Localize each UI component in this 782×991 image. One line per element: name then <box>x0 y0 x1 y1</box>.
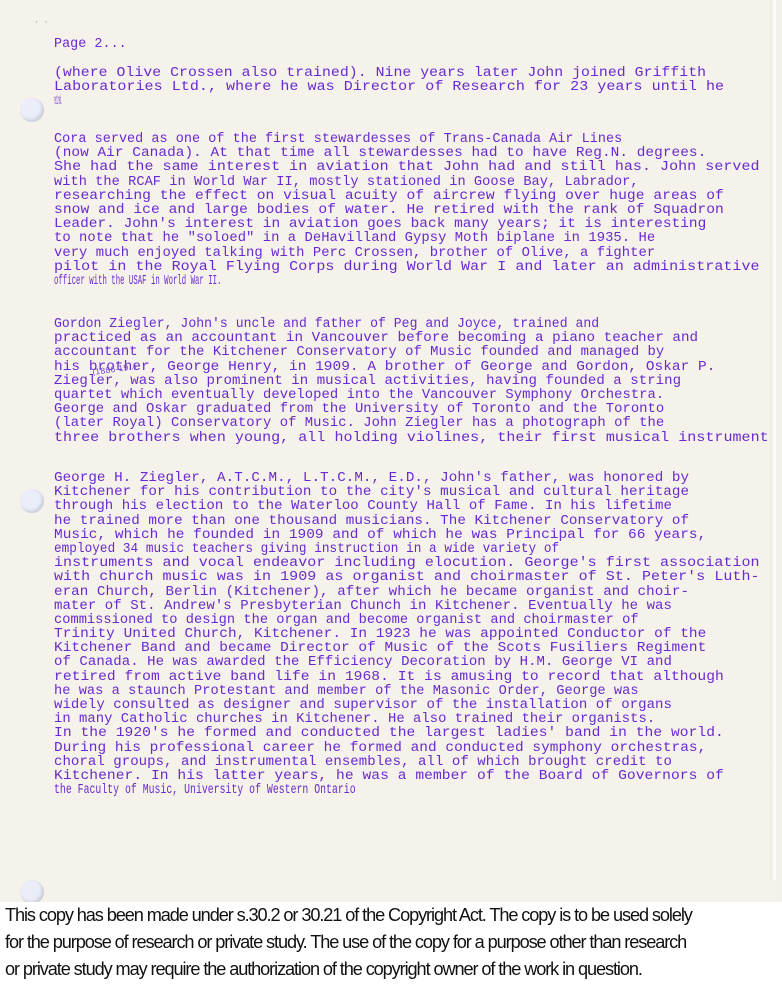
text-line: pilot in the Royal Flying Corps during W… <box>54 261 760 275</box>
paragraph-cora-aviation: Cora served as one of the first stewarde… <box>54 133 685 289</box>
text-line: commissioned to design the organ and bec… <box>54 614 696 628</box>
text-line: researching the effect on visual acuity … <box>54 190 741 204</box>
page-edge <box>770 0 776 880</box>
text-line: In the 1920's he formed and conducted th… <box>54 727 741 741</box>
text-line: She had the same interest in aviation th… <box>54 161 760 175</box>
punch-hole-icon <box>20 880 44 904</box>
text-line: in many Catholic churches in Kitchener. … <box>54 713 705 727</box>
text-line: mater of St. Andrew's Presbyterian Chunc… <box>54 600 714 614</box>
text-line: Kitchener. In his latter years, he was a… <box>54 770 741 784</box>
text-line: During his professional career he formed… <box>54 742 732 756</box>
paragraph-gordon-ziegler: Gordon Ziegler, John's uncle and father … <box>54 318 693 446</box>
text-line: instruments and vocal endeavor including… <box>54 557 760 571</box>
text-line: retired. <box>54 95 126 109</box>
text-line: three brothers when young, all holding v… <box>54 432 769 446</box>
text-line: eran Church, Berlin (Kitchener), after w… <box>54 586 723 600</box>
text-line: through his election to the Waterloo Cou… <box>54 500 714 514</box>
punch-hole-icon <box>20 489 44 513</box>
page-header: Page 2... <box>54 38 127 52</box>
text-line: to note that he "soloed" in a DeHavillan… <box>54 232 705 246</box>
text-line: snow and ice and large bodies of water. … <box>54 204 741 218</box>
text-line: George H. Ziegler, A.T.C.M., L.T.C.M., E… <box>54 472 723 486</box>
text-line: Kitchener for his contribution to the ci… <box>54 486 723 500</box>
text-line: Leader. John's interest in aviation goes… <box>54 218 732 232</box>
text-line: Laboratories Ltd., where he was Director… <box>54 81 724 95</box>
text-line: (where Olive Crossen also trained). Nine… <box>54 67 715 81</box>
copyright-line: or private study may require the authori… <box>5 956 781 983</box>
text-line: Ziegler, was also prominent in musical a… <box>54 375 723 389</box>
text-line: accountant for the Kitchener Conservator… <box>54 346 714 360</box>
text-line: with church music was in 1909 as organis… <box>54 571 760 585</box>
text-line: choral groups, and instrumental ensemble… <box>54 756 714 770</box>
text-line: very much enjoyed talking with Perc Cros… <box>54 247 705 261</box>
text-line: he trained more than one thousand musici… <box>54 515 723 529</box>
paragraph-employment: (where Olive Crossen also trained). Nine… <box>54 67 652 110</box>
text-line: widely consulted as designer and supervi… <box>54 699 714 713</box>
text-line: officer with the USAF in World War II. <box>54 275 398 289</box>
text-line: Gordon Ziegler, John's uncle and father … <box>54 318 678 332</box>
text-line: his brother, George Henry, in 1909. A br… <box>54 361 742 375</box>
paragraph-george-ziegler: George H. Ziegler, A.T.C.M., L.T.C.M., E… <box>54 472 685 798</box>
text-line: quartet which eventually developed into … <box>54 389 714 403</box>
text-line: retired from active band life in 1968. I… <box>54 671 741 685</box>
copyright-line: for the purpose of research or private s… <box>5 929 781 956</box>
text-line: Music, which he founded in 1909 and of w… <box>54 529 732 543</box>
text-line: practiced as an accountant in Vancouver … <box>54 332 733 346</box>
scan-specks: · · <box>34 18 48 27</box>
text-line: Cora served as one of the first stewarde… <box>54 133 687 147</box>
text-line: he was a staunch Protestant and member o… <box>54 685 696 699</box>
copyright-notice: This copy has been made under s.30.2 or … <box>0 902 782 991</box>
text-line: with the RCAF in World War II, mostly st… <box>54 176 696 190</box>
text-line: employed 34 music teachers giving instru… <box>54 543 651 557</box>
text-line: Kitchener Band and became Director of Mu… <box>54 642 732 656</box>
text-line: (later Royal) Conservatory of Music. Joh… <box>54 417 714 431</box>
scanned-page: · · Page 2... (where Olive Crossen also … <box>0 0 776 991</box>
text-line: Trinity United Church, Kitchener. In 192… <box>54 628 732 642</box>
copyright-line: This copy has been made under s.30.2 or … <box>5 902 781 929</box>
text-line: (now Air Canada). At that time all stewa… <box>54 147 732 161</box>
text-line: George and Oskar graduated from the Univ… <box>54 403 714 417</box>
text-line: the Faculty of Music, University of West… <box>54 784 515 798</box>
text-line: of Canada. He was awarded the Efficiency… <box>54 656 714 670</box>
punch-hole-icon <box>20 98 44 122</box>
